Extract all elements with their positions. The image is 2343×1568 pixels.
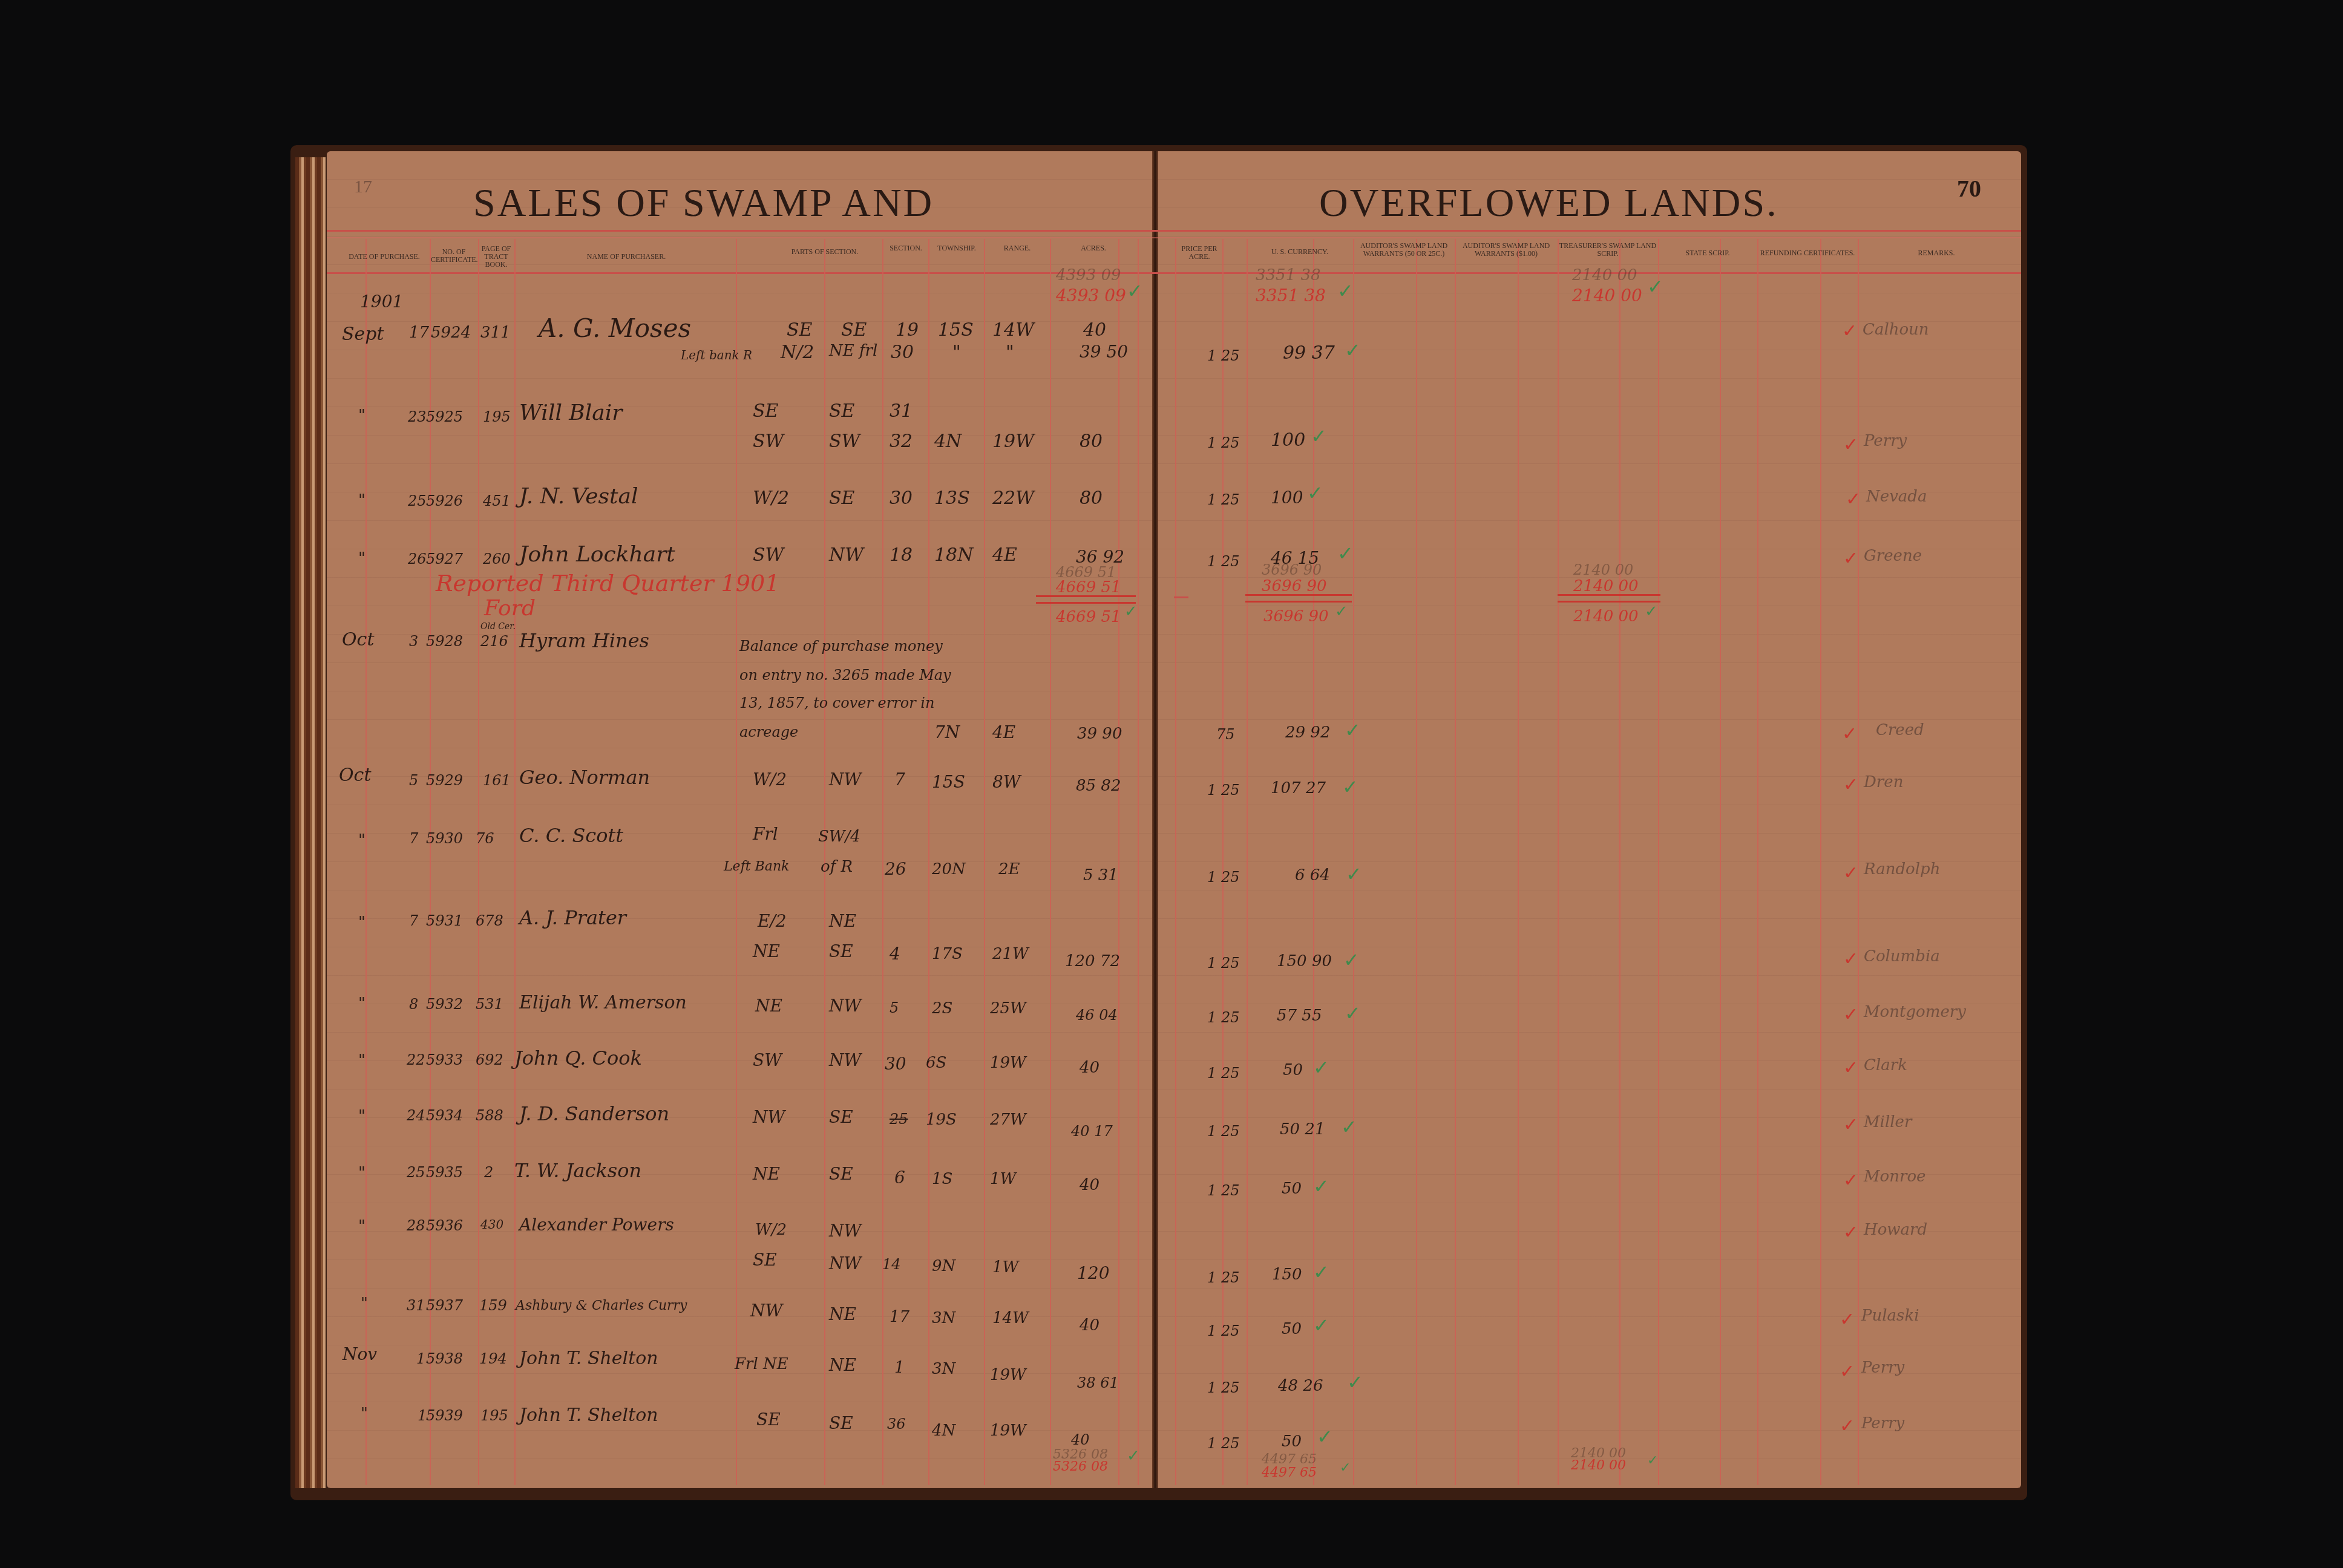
header-rule-bottom: [327, 272, 2021, 274]
col-line: [1455, 239, 1456, 1485]
entry-parts-a: SE: [753, 1250, 777, 1270]
entry-tract-page: 678: [476, 912, 503, 929]
entry-remarks: Perry: [1861, 1359, 1904, 1377]
entry-price: 1 25: [1207, 1009, 1239, 1026]
col-header-refund: Refunding Certificates.: [1757, 249, 1858, 257]
entry-price: 1 25: [1207, 491, 1239, 508]
entry-acres: 80: [1080, 488, 1103, 509]
entry-tract-page: 194: [479, 1350, 507, 1367]
entry-parts-a: SW: [753, 431, 784, 452]
entry-township: 4N: [932, 1422, 955, 1440]
treas-forward-red: 2140 00: [1572, 286, 1642, 305]
entry-currency: 107 27: [1271, 779, 1326, 797]
entry-tract-page: 76: [476, 830, 494, 847]
red-check-icon: ✓: [1840, 1309, 1855, 1330]
entry-parts-b: SE: [829, 941, 853, 961]
double-underline: [1558, 594, 1660, 603]
entry-township: 1S: [932, 1170, 952, 1188]
header-rule-top-2: [327, 237, 2021, 238]
entry-price: 1 25: [1207, 553, 1239, 570]
entry-month: ": [358, 549, 365, 567]
entry-acres: 46 04: [1076, 1007, 1118, 1024]
entry-range: 22W: [992, 488, 1034, 509]
entry-tract-page: 2: [484, 1164, 493, 1181]
dash-mark: [1174, 596, 1188, 598]
check-icon: ✓: [1335, 603, 1348, 621]
entry-parts-b: SE: [829, 400, 854, 422]
quarter-treas-carried: 2140 00: [1573, 607, 1639, 626]
entry-parts-b: SE: [829, 1164, 853, 1184]
entry-day: 24: [407, 1107, 425, 1124]
check-icon: ✓: [1307, 482, 1323, 505]
entry-note-line: 13, 1857, to cover error in: [739, 694, 934, 711]
entry-month: ": [358, 913, 365, 932]
entry-section: 1: [894, 1359, 905, 1377]
entry-township: 3N: [932, 1360, 955, 1378]
check-icon: ✓: [1127, 1447, 1140, 1465]
red-check-icon: ✓: [1843, 548, 1858, 569]
entry-day: 28: [407, 1217, 425, 1234]
entry-parts-b: NE: [829, 1355, 856, 1375]
entry-remarks: Calhoun: [1863, 321, 1929, 339]
entry-cert: 5924: [431, 324, 471, 342]
entry-currency: 100: [1271, 430, 1305, 451]
entry-parts-a: SE: [756, 1410, 781, 1429]
entry-township: 20N: [932, 860, 966, 878]
entry-name: Geo. Norman: [519, 766, 650, 789]
entry-name: Hyram Hines: [519, 629, 649, 652]
col-line: [1558, 239, 1559, 1485]
col-header-price: Price Per Acre.: [1176, 245, 1222, 261]
entry-day: 7: [409, 830, 418, 847]
entry-cert: 5937: [426, 1297, 463, 1314]
entry-day: 31: [407, 1297, 425, 1314]
entry-month: ": [358, 407, 365, 425]
quarter-acres-red: 4669 51: [1056, 578, 1121, 596]
entry-day: 1: [416, 1350, 425, 1367]
col-line: [1175, 239, 1176, 1485]
red-check-icon: ✓: [1843, 949, 1858, 970]
entry-note-line: on entry no. 3265 made May: [739, 667, 951, 684]
check-icon: ✓: [1340, 1460, 1351, 1475]
col-header-name: NAME OF PURCHASER.: [520, 253, 732, 261]
entry-acres: 40: [1080, 1059, 1099, 1077]
entry-tract-page: 260: [483, 550, 511, 567]
entry-remarks: Howard: [1864, 1221, 1927, 1239]
entry-acres: 38 61: [1077, 1374, 1119, 1391]
entry-remarks: Creed: [1876, 721, 1924, 739]
col-header-date: DATE OF PURCHASE.: [339, 253, 430, 261]
entry-currency: 150 90: [1277, 952, 1332, 970]
entry-township: 6S: [926, 1054, 946, 1072]
entry-tract-page: 311: [480, 324, 511, 342]
col-line: [1518, 239, 1519, 1485]
entry-acres: 85 82: [1076, 777, 1121, 795]
entry-range: 19W: [990, 1054, 1026, 1072]
entry-price: 75: [1216, 726, 1235, 743]
entry-township: 13S: [934, 488, 970, 509]
col-header-acres: Acres.: [1051, 244, 1136, 252]
entry-price: 1 25: [1207, 869, 1239, 886]
quarter-currency-red: 3696 90: [1262, 577, 1327, 595]
entry-remarks: Perry: [1861, 1414, 1904, 1432]
entry-remarks: Pulaski: [1861, 1307, 1919, 1325]
entry-township: 15S: [938, 319, 974, 341]
entry-parts-b: SW/4: [818, 828, 860, 846]
col-line: [1050, 239, 1051, 1485]
red-check-icon: ✓: [1843, 863, 1858, 884]
entry-parts-b: NE: [829, 911, 856, 931]
entry-acres: 5 31: [1083, 866, 1118, 884]
total-treas-red: 2140 00: [1571, 1458, 1626, 1473]
col-line: [1658, 239, 1659, 1485]
entry-tract-page: 531: [476, 996, 503, 1013]
check-icon: ✓: [1311, 425, 1327, 448]
entry-month: ": [358, 831, 365, 849]
entry-name: John T. Shelton: [519, 1405, 658, 1426]
currency-forward-red: 3351 38: [1256, 286, 1326, 305]
entry-range: 2E: [998, 860, 1020, 878]
entry-month: ": [358, 995, 365, 1013]
entry-month: ": [358, 1051, 365, 1070]
entry-remarks: Dren: [1864, 773, 1903, 791]
entry-section: 4: [890, 944, 900, 964]
page-title-left: SALES OF SWAMP AND: [473, 180, 934, 226]
entry-township: 7N: [934, 722, 960, 742]
entry-name: C. C. Scott: [519, 824, 623, 847]
entry-range: 19W: [992, 431, 1034, 452]
entry-parts-a: W/2: [753, 488, 789, 509]
entry-currency: 50: [1282, 1320, 1302, 1338]
entry-township: 9N: [932, 1257, 955, 1275]
treas-forward-pencil: 2140 00: [1572, 266, 1637, 284]
entry-acres: 40 17: [1071, 1123, 1113, 1140]
col-line: [882, 239, 883, 1485]
entry-section: 6: [894, 1168, 905, 1187]
entry-parts-a: Frl: [753, 824, 778, 844]
col-header-remarks: REMARKS.: [1858, 249, 2015, 257]
entry-day: 23: [408, 408, 427, 425]
entry-parts-b: NE frl: [829, 342, 877, 360]
entry-township: 3N: [932, 1309, 955, 1327]
header-rule-top: [327, 230, 2021, 232]
entry-section: 30: [885, 1054, 906, 1074]
entry-township: 2S: [932, 999, 952, 1018]
col-line: [1820, 239, 1821, 1485]
entry-note-line: acreage: [739, 724, 798, 740]
col-header-aud-25: Auditor's Swamp Land Warrants (50 or 25c…: [1353, 242, 1455, 258]
entry-township: 15S: [932, 772, 965, 792]
entry-price: 1 25: [1207, 782, 1239, 799]
col-line: [1138, 239, 1139, 1485]
entry-day: 22: [407, 1051, 425, 1068]
currency-forward-pencil: 3351 38: [1256, 266, 1321, 284]
entry-acres: 40: [1071, 1431, 1090, 1448]
check-icon: ✓: [1647, 275, 1663, 298]
col-header-state-scrip: STATE SCRIP.: [1658, 249, 1757, 257]
entry-currency: 6 64: [1295, 866, 1330, 884]
entry-tract-page: 161: [483, 772, 511, 789]
entry-acres: 120: [1077, 1263, 1109, 1283]
entry-month: ": [358, 1217, 365, 1235]
red-check-icon: ✓: [1846, 489, 1861, 510]
page-number: 70: [1957, 174, 1981, 203]
entry-section: 19: [896, 319, 919, 341]
entry-remarks: Perry: [1864, 432, 1907, 450]
entry-price: 1 25: [1207, 1123, 1239, 1140]
entry-cert: 5936: [426, 1217, 463, 1234]
entry-parts-a: NE: [753, 941, 780, 961]
col-header-township: Township.: [929, 244, 984, 252]
entry-parts-a: E/2: [758, 911, 787, 931]
red-check-icon: ✓: [1840, 1416, 1855, 1437]
entry-name: J. N. Vestal: [519, 484, 638, 509]
check-icon: ✓: [1337, 542, 1354, 565]
check-icon: ✓: [1347, 1371, 1363, 1394]
entry-section: 30: [891, 342, 914, 363]
entry-prefix: Left bank R: [681, 348, 752, 362]
entry-day: 25: [407, 1164, 425, 1181]
red-check-icon: ✓: [1842, 321, 1857, 342]
entry-range: 14W: [992, 1309, 1029, 1327]
entry-cert: 5939: [426, 1407, 463, 1424]
entry-parts-a: W/2: [755, 1221, 787, 1239]
col-line: [1416, 239, 1417, 1485]
check-icon: ✓: [1645, 603, 1658, 621]
entry-tract-note: Old Cer.: [480, 622, 516, 632]
check-icon: ✓: [1313, 1175, 1329, 1198]
entry-cert: 5929: [426, 772, 463, 789]
entry-remarks: Montgomery: [1864, 1003, 1966, 1021]
quarter-acres-carried: 4669 51: [1056, 608, 1121, 626]
entry-month: ": [361, 1405, 368, 1423]
entry-price: 1 25: [1207, 955, 1239, 972]
col-line: [928, 239, 929, 1485]
entry-remarks: Randolph: [1864, 860, 1940, 878]
entry-acres: 39 50: [1080, 342, 1128, 362]
entry-currency: 100: [1271, 488, 1303, 508]
entry-acres: 40: [1080, 1176, 1099, 1194]
entry-tract-page: 216: [480, 633, 508, 650]
entry-month: Nov: [342, 1344, 377, 1364]
entry-range: 1W: [992, 1258, 1018, 1276]
entry-name: John Q. Cook: [514, 1047, 642, 1070]
col-line: [1247, 239, 1248, 1485]
col-line: [1222, 239, 1224, 1485]
entry-day: 17: [409, 324, 429, 342]
entry-day: 25: [408, 492, 427, 509]
entry-month: ": [361, 1295, 368, 1313]
entry-parts-b: SE: [829, 488, 854, 509]
entry-day: 1: [418, 1407, 427, 1424]
entry-range: 21W: [992, 945, 1029, 963]
entry-remarks: Greene: [1864, 547, 1922, 565]
entry-parts-a: W/2: [753, 769, 787, 789]
entry-price: 1 25: [1207, 1065, 1239, 1082]
entry-name: J. D. Sanderson: [519, 1102, 669, 1125]
entry-currency: 57 55: [1277, 1007, 1322, 1025]
entry-cert: 5928: [426, 633, 463, 650]
entry-section: 17: [890, 1308, 909, 1326]
entry-price: 1 25: [1207, 1182, 1239, 1199]
check-icon: ✓: [1342, 776, 1358, 799]
entry-range: 19W: [990, 1422, 1026, 1440]
entry-parts-a: NE: [753, 1164, 780, 1184]
entry-month: Oct: [342, 629, 374, 650]
entry-parts-b: SE: [829, 1107, 853, 1127]
entry-tract-page: 588: [476, 1107, 503, 1124]
entry-acres: 39 90: [1077, 725, 1122, 743]
col-line: [1720, 239, 1721, 1485]
entry-month: ": [358, 1164, 365, 1182]
entry-cert: 5938: [426, 1350, 463, 1367]
red-check-icon: ✓: [1842, 724, 1857, 745]
entry-parts-b: NW: [829, 769, 861, 789]
entry-parts-a: SE: [787, 319, 812, 341]
entry-parts-a: NW: [750, 1301, 782, 1321]
entry-price: 1 25: [1207, 1322, 1239, 1339]
entry-township: 4N: [934, 431, 962, 452]
col-line: [984, 239, 985, 1485]
quarter-report-signature: Ford: [484, 596, 536, 621]
double-underline: [1036, 595, 1136, 604]
check-icon: ✓: [1345, 339, 1361, 362]
check-icon: ✓: [1337, 279, 1354, 302]
check-icon: ✓: [1127, 279, 1143, 302]
entry-cert: 5935: [426, 1164, 463, 1181]
entry-currency: 150: [1272, 1266, 1302, 1284]
entry-section: 7: [894, 769, 905, 789]
entry-range: 25W: [990, 999, 1026, 1018]
check-icon: ✓: [1346, 863, 1362, 886]
entry-tract-page: 195: [480, 1407, 508, 1424]
quarter-report-text: Reported Third Quarter 1901: [436, 570, 779, 596]
entry-name: T. W. Jackson: [514, 1159, 641, 1182]
col-header-cert: No. of Certificate.: [431, 248, 477, 264]
entry-currency: 99 37: [1283, 342, 1335, 364]
entry-name: Will Blair: [519, 400, 623, 425]
entry-name: John Lockhart: [519, 542, 675, 567]
entry-day: 3: [409, 633, 418, 650]
page-title-right: OVERFLOWED LANDS.: [1319, 180, 1778, 226]
left-page-mark: 17: [354, 177, 372, 197]
col-line: [1619, 239, 1620, 1485]
entry-currency: 48 26: [1278, 1377, 1323, 1395]
entry-section: 32: [890, 431, 913, 452]
entry-range: 4E: [992, 722, 1015, 742]
entry-township: 18N: [934, 544, 973, 566]
entry-range: 19W: [990, 1366, 1026, 1384]
entry-tract-page: 451: [483, 492, 511, 509]
entry-cert: 5931: [426, 912, 463, 929]
entry-section: 30: [890, 488, 913, 509]
col-header-range: Range.: [985, 244, 1049, 252]
entry-tract-page: 692: [476, 1051, 503, 1068]
entry-parts-a: SE: [753, 400, 778, 422]
col-line: [1858, 239, 1859, 1485]
red-check-icon: ✓: [1843, 1057, 1858, 1079]
check-icon: ✓: [1313, 1261, 1329, 1284]
quarter-currency-pencil: 3696 90: [1262, 561, 1322, 578]
quarter-currency-carried: 3696 90: [1263, 607, 1329, 626]
col-header-aud-100: Auditor's Swamp Land Warrants ($1.00): [1455, 242, 1558, 258]
entry-parts-a: SW: [753, 1050, 782, 1070]
entry-township: 19S: [926, 1111, 957, 1129]
red-check-icon: ✓: [1843, 1222, 1858, 1243]
entry-name: Elijah W. Amerson: [519, 992, 687, 1013]
entry-price: 1 25: [1207, 1379, 1239, 1396]
year-label: 1901: [360, 292, 403, 312]
entry-range: ": [1006, 342, 1014, 363]
red-check-icon: ✓: [1840, 1361, 1855, 1382]
entry-currency: 50: [1282, 1432, 1302, 1451]
entry-section: 25: [890, 1111, 908, 1128]
check-icon: ✓: [1647, 1453, 1658, 1468]
red-check-icon: ✓: [1843, 1004, 1858, 1025]
col-line: [1118, 239, 1119, 1485]
col-header-currency: U. S. Currency.: [1247, 248, 1353, 256]
col-header-tract-page: Page of Tract Book.: [479, 245, 513, 269]
col-line: [1757, 239, 1758, 1485]
entry-cert: 5927: [426, 550, 463, 567]
entry-name: A. G. Moses: [539, 313, 691, 343]
entry-remarks: Monroe: [1864, 1168, 1926, 1186]
entry-cert: 5930: [426, 830, 463, 847]
entry-parts-a: Left Bank: [724, 859, 789, 874]
red-check-icon: ✓: [1843, 774, 1858, 795]
entry-price: 1 25: [1207, 347, 1239, 364]
entry-month: Sept: [342, 324, 384, 345]
entry-acres: 120 72: [1065, 952, 1120, 970]
entry-tract-page: 195: [483, 408, 511, 425]
entry-parts-b: of R: [821, 858, 853, 876]
entry-currency: 50: [1282, 1180, 1302, 1198]
entry-parts-b: SE: [841, 319, 867, 341]
entry-remarks: Nevada: [1866, 488, 1927, 506]
entry-cert: 5934: [426, 1107, 463, 1124]
check-icon: ✓: [1317, 1425, 1333, 1448]
entry-range: 1W: [990, 1170, 1016, 1188]
entry-township: 17S: [932, 945, 963, 963]
entry-acres: 80: [1080, 431, 1103, 452]
entry-range: 8W: [992, 772, 1021, 792]
check-icon: ✓: [1345, 719, 1361, 742]
entry-parts-b: SW: [829, 431, 860, 452]
entry-name: Ashbury & Charles Curry: [516, 1298, 687, 1313]
entry-section: 26: [885, 859, 906, 879]
entry-parts-a: NW: [753, 1107, 785, 1127]
entry-parts-a: N/2: [781, 342, 814, 363]
check-icon: ✓: [1313, 1314, 1329, 1337]
entry-name: Alexander Powers: [519, 1215, 674, 1235]
red-check-icon: ✓: [1843, 1114, 1858, 1135]
col-header-treas: Treasurer's Swamp Land Scrip.: [1558, 242, 1658, 258]
entry-name: A. J. Prater: [519, 906, 626, 929]
entry-acres: 40: [1083, 319, 1106, 341]
entry-section: 18: [890, 544, 913, 566]
entry-price: 1 25: [1207, 1435, 1239, 1452]
entry-price: 1 25: [1207, 434, 1239, 451]
total-currency-red: 4497 65: [1262, 1465, 1317, 1480]
entry-cert: 5925: [426, 408, 463, 425]
acres-forward-red: 4393 09: [1056, 286, 1126, 305]
check-icon: ✓: [1313, 1056, 1329, 1079]
entry-remarks: Miller: [1864, 1113, 1912, 1131]
book-gutter: [1152, 151, 1158, 1488]
entry-day: 8: [409, 996, 418, 1013]
entry-section: 5: [890, 999, 899, 1016]
entry-section: 31: [890, 400, 913, 422]
